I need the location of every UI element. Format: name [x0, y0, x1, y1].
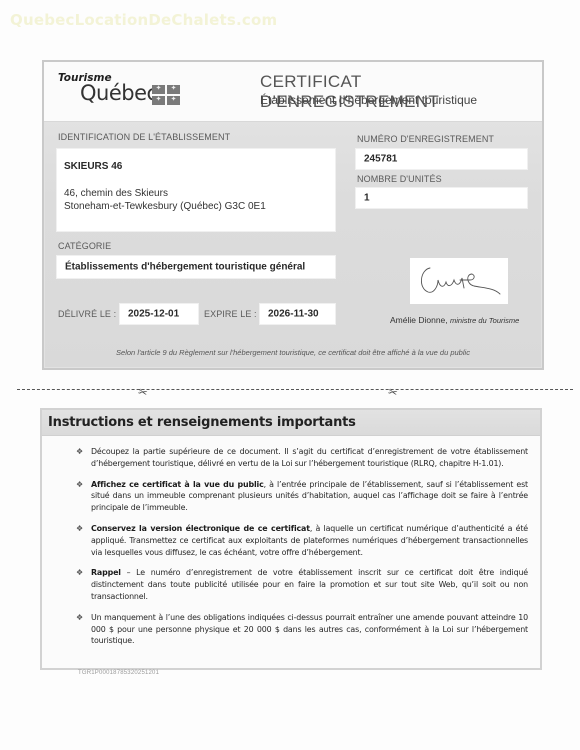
scissors-icon: ✂	[137, 387, 149, 400]
instruction-item: ❖ Découpez la partie supérieure de ce do…	[76, 446, 528, 470]
instruction-emphasis: Affichez ce certificat à la vue du publi…	[91, 480, 264, 489]
instruction-emphasis: Rappel	[91, 568, 121, 577]
instructions-list: ❖ Découpez la partie supérieure de ce do…	[76, 446, 528, 656]
document-reference-code: TGR1P00018785320251201	[78, 670, 159, 676]
scissors-icon: ✂	[387, 387, 399, 400]
certificate-subtitle: Établissement d'hébergement touristique	[260, 93, 477, 107]
quebec-flag-icon	[152, 85, 180, 105]
logo-quebec-text: Québec	[80, 81, 158, 105]
registration-number-value: 245781	[364, 154, 397, 165]
registration-certificate: Tourisme Québec CERTIFICAT D'ENREGISTREM…	[42, 60, 544, 370]
diamond-bullet-icon: ❖	[76, 523, 83, 535]
instructions-header: Instructions et renseignements important…	[42, 410, 540, 436]
identification-box: SKIEURS 46 46, chemin des Skieurs Stoneh…	[56, 148, 336, 232]
registration-number-box: 245781	[355, 148, 528, 170]
units-box: 1	[355, 187, 528, 209]
instruction-item: ❖ Conservez la version électronique de c…	[76, 523, 528, 558]
certificate-footer-note: Selon l'article 9 du Règlement sur l'héb…	[44, 348, 542, 357]
category-label: CATÉGORIE	[58, 241, 111, 251]
establishment-name: SKIEURS 46	[64, 161, 122, 172]
category-box: Établissements d'hébergement touristique…	[56, 255, 336, 279]
signatory-title: ministre du Tourisme	[450, 316, 519, 325]
signatory-name: Amélie Dionne	[390, 315, 445, 325]
instruction-text: Découpez la partie supérieure de ce docu…	[91, 447, 528, 468]
instruction-item: ❖ Un manquement à l’une des obligations …	[76, 612, 528, 647]
cut-line	[17, 389, 573, 390]
address-line-2: Stoneham-et-Tewkesbury (Québec) G3C 0E1	[64, 200, 266, 213]
issued-date-value: 2025-12-01	[128, 309, 179, 320]
diamond-bullet-icon: ❖	[76, 567, 83, 579]
tourisme-quebec-logo: Tourisme Québec	[58, 72, 188, 114]
units-value: 1	[364, 193, 370, 204]
document-page: QuebecLocationDeChalets.com Tourisme Qué…	[0, 0, 580, 750]
issued-label: DÉLIVRÉ LE :	[58, 309, 116, 319]
signature-box	[410, 258, 508, 304]
identification-label: IDENTIFICATION DE L'ÉTABLISSEMENT	[58, 132, 230, 142]
instruction-text: Un manquement à l’une des obligations in…	[91, 613, 528, 646]
signature-icon	[416, 262, 502, 300]
establishment-address: 46, chemin des Skieurs Stoneham-et-Tewke…	[64, 187, 266, 213]
diamond-bullet-icon: ❖	[76, 612, 83, 624]
registration-number-label: NUMÉRO D'ENREGISTREMENT	[357, 134, 494, 144]
issued-date-box: 2025-12-01	[119, 303, 199, 325]
watermark: QuebecLocationDeChalets.com	[10, 11, 277, 29]
certificate-header: Tourisme Québec CERTIFICAT D'ENREGISTREM…	[44, 62, 542, 122]
address-line-1: 46, chemin des Skieurs	[64, 187, 266, 200]
units-label: NOMBRE D'UNITÉS	[357, 174, 442, 184]
expires-label: EXPIRE LE :	[204, 309, 257, 319]
expiry-date-value: 2026-11-30	[268, 309, 319, 320]
instructions-title: Instructions et renseignements important…	[48, 415, 356, 430]
diamond-bullet-icon: ❖	[76, 479, 83, 491]
expiry-date-box: 2026-11-30	[259, 303, 336, 325]
instruction-emphasis: Conservez la version électronique de ce …	[91, 524, 310, 533]
signatory: Amélie Dionne, ministre du Tourisme	[390, 315, 519, 325]
instruction-item: ❖ Affichez ce certificat à la vue du pub…	[76, 479, 528, 514]
instruction-item: ❖ Rappel – Le numéro d’enregistrement de…	[76, 567, 528, 602]
diamond-bullet-icon: ❖	[76, 446, 83, 458]
instruction-text: – Le numéro d’enregistrement de votre ét…	[91, 568, 528, 601]
instructions-box: Instructions et renseignements important…	[40, 408, 542, 670]
category-value: Établissements d'hébergement touristique…	[65, 262, 305, 273]
